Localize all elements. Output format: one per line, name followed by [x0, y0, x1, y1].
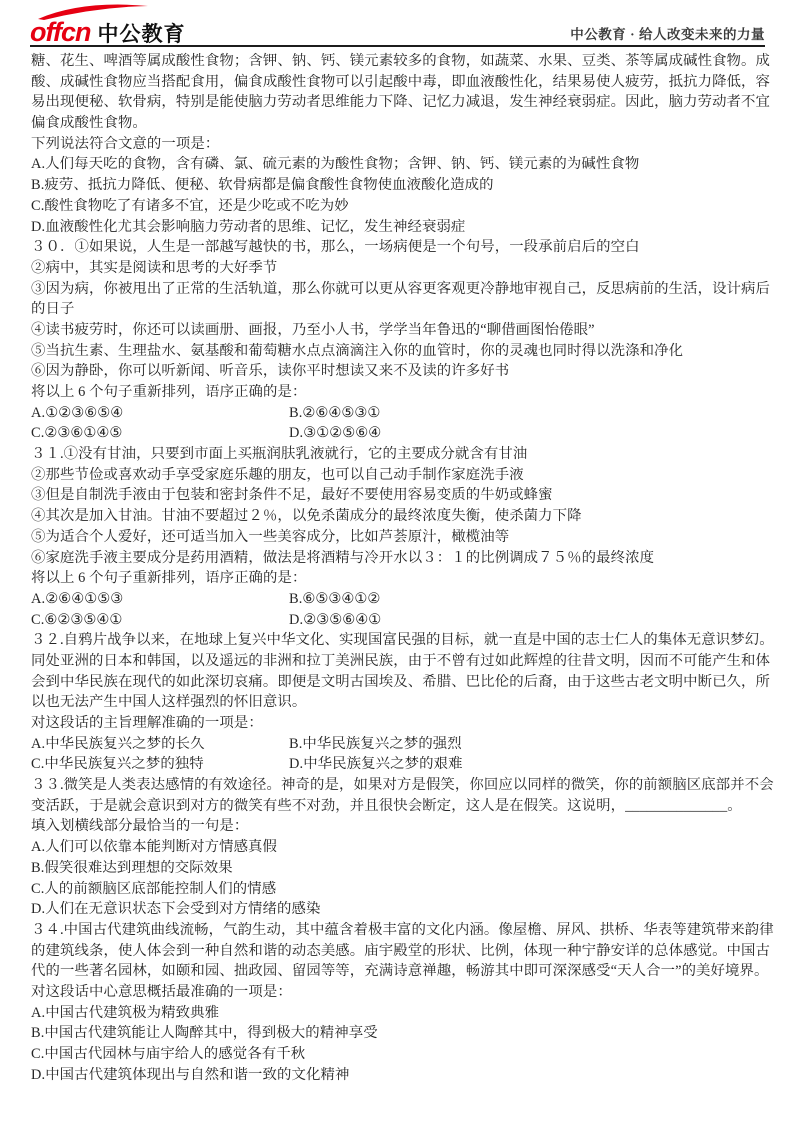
text-line: 以也无法产生中国人这样强烈的怀旧意识。 [31, 692, 765, 713]
text-line: C.⑥②③⑤④①D.②③⑤⑥④① [31, 610, 765, 631]
text-line: ④读书疲劳时，你还可以读画册、画报，乃至小人书，学学当年鲁迅的“聊借画图怡倦眼” [31, 320, 765, 341]
text-line: ⑥家庭洗手液主要成分是药用酒精，做法是将酒精与冷开水以３：１的比例调成７５％的最… [31, 548, 765, 569]
text-line: ３０．①如果说，人生是一部越写越快的书，那么，一场病便是一个句号，一段承前启后的… [31, 237, 765, 258]
text-line: 的日子 [31, 299, 765, 320]
text-line: 下列说法符合文意的一项是： [31, 134, 765, 155]
text-line: D.血液酸性化尤其会影响脑力劳动者的思维、记忆，发生神经衰弱症 [31, 217, 765, 238]
option-cell: C.⑥②③⑤④① [31, 612, 122, 628]
text-line: B.疲劳、抵抗力降低、便秘、软骨病都是偏食酸性食物使血液酸化造成的 [31, 175, 765, 196]
text-line: 糖、花生、啤酒等属成酸性食物；含钾、钠、钙、镁元素较多的食物，如蔬菜、水果、豆类… [31, 51, 765, 72]
text-line: A.中华民族复兴之梦的长久B.中华民族复兴之梦的强烈 [31, 734, 765, 755]
text-line: ④其次是加入甘油。甘油不要超过２％，以免杀菌成分的最终浓度失衡，使杀菌力下降 [31, 506, 765, 527]
text-line: ②那些节俭或喜欢动手享受家庭乐趣的朋友，也可以自己动手制作家庭洗手液 [31, 465, 765, 486]
text-line: 将以上 6 个句子重新排列，语序正确的是： [31, 382, 765, 403]
text-line: ３３.微笑是人类表达感情的有效途径。神奇的是，如果对方是假笑，你回应以同样的微笑… [31, 775, 765, 796]
text-line: 变活跃，于是就会意识到对方的微笑有些不对劲，并且很快会断定，这人是在假笑。这说明… [31, 796, 765, 817]
option-cell: B.⑥⑤③④①② [289, 589, 380, 610]
option-cell: D.②③⑤⑥④① [289, 610, 381, 631]
text-line: 将以上 6 个句子重新排列，语序正确的是： [31, 568, 765, 589]
text-line: B.假笑很难达到理想的交际效果 [31, 858, 765, 879]
logo-text-en: offcn [30, 19, 91, 46]
text-line: D.中国古代建筑体现出与自然和谐一致的文化精神 [31, 1065, 765, 1086]
document-body: 糖、花生、啤酒等属成酸性食物；含钾、钠、钙、镁元素较多的食物，如蔬菜、水果、豆类… [31, 51, 765, 1085]
text-line: 对这段话中心意思概括最准确的一项是： [31, 982, 765, 1003]
text-line: 酸、成碱性食物应当搭配食用，偏食成酸性食物可以引起酸中毒，即血液酸性化，结果易使… [31, 72, 765, 93]
text-line: 的建筑线条，使人体会到一种自然和谐的动态美感。庙宇殿堂的形状、比例，体现一种宁静… [31, 941, 765, 962]
header-tagline: 中公教育 · 给人改变未来的力量 [570, 23, 765, 43]
logo-mark: offcn [30, 7, 91, 46]
offcn-logo: offcn 中公教育 [30, 7, 186, 46]
logo-swoosh-icon [34, 4, 152, 20]
text-line: D.人们在无意识状态下会受到对方情绪的感染 [31, 899, 765, 920]
text-line: 会到中华民族在现代的如此深切哀痛。即便是文明古国埃及、希腊、巴比伦的后裔，由于这… [31, 672, 765, 693]
text-line: C.人的前额脑区底部能控制人们的情感 [31, 879, 765, 900]
option-cell: D.中华民族复兴之梦的艰难 [289, 754, 463, 775]
option-cell: A.中华民族复兴之梦的长久 [31, 736, 205, 752]
text-line: ③但是自制洗手液由于包装和密封条件不足，最好不要使用容易变质的牛奶或蜂蜜 [31, 485, 765, 506]
option-cell: C.中华民族复兴之梦的独特 [31, 756, 204, 772]
option-cell: B.中华民族复兴之梦的强烈 [289, 734, 462, 755]
text-line: B.中国古代建筑能让人陶醉其中，得到极大的精神享受 [31, 1023, 765, 1044]
text-line: ⑥因为静卧，你可以听新闻、听音乐，读你平时想读又来不及读的许多好书 [31, 361, 765, 382]
text-line: ⑤当抗生素、生理盐水、氨基酸和葡萄糖水点点滴滴注入你的血管时，你的灵魂也同时得以… [31, 341, 765, 362]
text-line: ３４.中国古代建筑曲线流畅，气韵生动，其中蕴含着极丰富的文化内涵。像屋檐、屏风、… [31, 920, 765, 941]
option-cell: A.②⑥④①⑤③ [31, 591, 123, 607]
text-line: 填入划横线部分最恰当的一句是： [31, 816, 765, 837]
text-line: ③因为病，你被甩出了正常的生活轨道，那么你就可以更从容更客观更冷静地审视自己，反… [31, 279, 765, 300]
text-line: 偏食成酸性食物。 [31, 113, 765, 134]
text-line: A.中国古代建筑极为精致典雅 [31, 1003, 765, 1024]
text-line: 对这段话的主旨理解准确的一项是： [31, 713, 765, 734]
logo-text-cn: 中公教育 [98, 24, 186, 46]
option-cell: A.①②③⑥⑤④ [31, 405, 123, 421]
text-line: A.人们每天吃的食物，含有磷、氯、硫元素的为酸性食物；含钾、钠、钙、镁元素的为碱… [31, 154, 765, 175]
text-line: 易出现便秘、软骨病，特别是能使脑力劳动者思维能力下降、记忆力减退，发生神经衰弱症… [31, 92, 765, 113]
text-line: C.②③⑥①④⑤D.③①②⑤⑥④ [31, 423, 765, 444]
text-line: C.中华民族复兴之梦的独特D.中华民族复兴之梦的艰难 [31, 754, 765, 775]
header-divider [30, 45, 765, 47]
option-cell: D.③①②⑤⑥④ [289, 423, 381, 444]
text-line: A.人们可以依靠本能判断对方情感真假 [31, 837, 765, 858]
text-line: A.①②③⑥⑤④B.②⑥④⑤③① [31, 403, 765, 424]
text-line: C.酸性食物吃了有诸多不宜，还是少吃或不吃为妙 [31, 196, 765, 217]
exam-page: offcn 中公教育 中公教育 · 给人改变未来的力量 糖、花生、啤酒等属成酸性… [0, 0, 794, 1123]
text-line: ②病中，其实是阅读和思考的大好季节 [31, 258, 765, 279]
text-line: 同处亚洲的日本和韩国，以及遥远的非洲和拉丁美洲民族，由于不曾有过如此辉煌的往昔文… [31, 651, 765, 672]
option-cell: C.②③⑥①④⑤ [31, 425, 122, 441]
text-line: ３１.①没有甘油，只要到市面上买瓶润肤乳液就行，它的主要成分就含有甘油 [31, 444, 765, 465]
text-line: ３２.自鸦片战争以来，在地球上复兴中华文化、实现国富民强的目标，就一直是中国的志… [31, 630, 765, 651]
text-line: 代的一些著名园林，如颐和园、拙政园、留园等等，充满诗意禅趣，畅游其中即可深深感受… [31, 961, 765, 982]
text-line: C.中国古代园林与庙宇给人的感觉各有千秋 [31, 1044, 765, 1065]
option-cell: B.②⑥④⑤③① [289, 403, 380, 424]
page-header: offcn 中公教育 中公教育 · 给人改变未来的力量 [30, 6, 765, 46]
text-line: ⑤为适合个人爱好，还可适当加入一些美容成分，比如芦荟原汁，橄榄油等 [31, 527, 765, 548]
text-line: A.②⑥④①⑤③B.⑥⑤③④①② [31, 589, 765, 610]
